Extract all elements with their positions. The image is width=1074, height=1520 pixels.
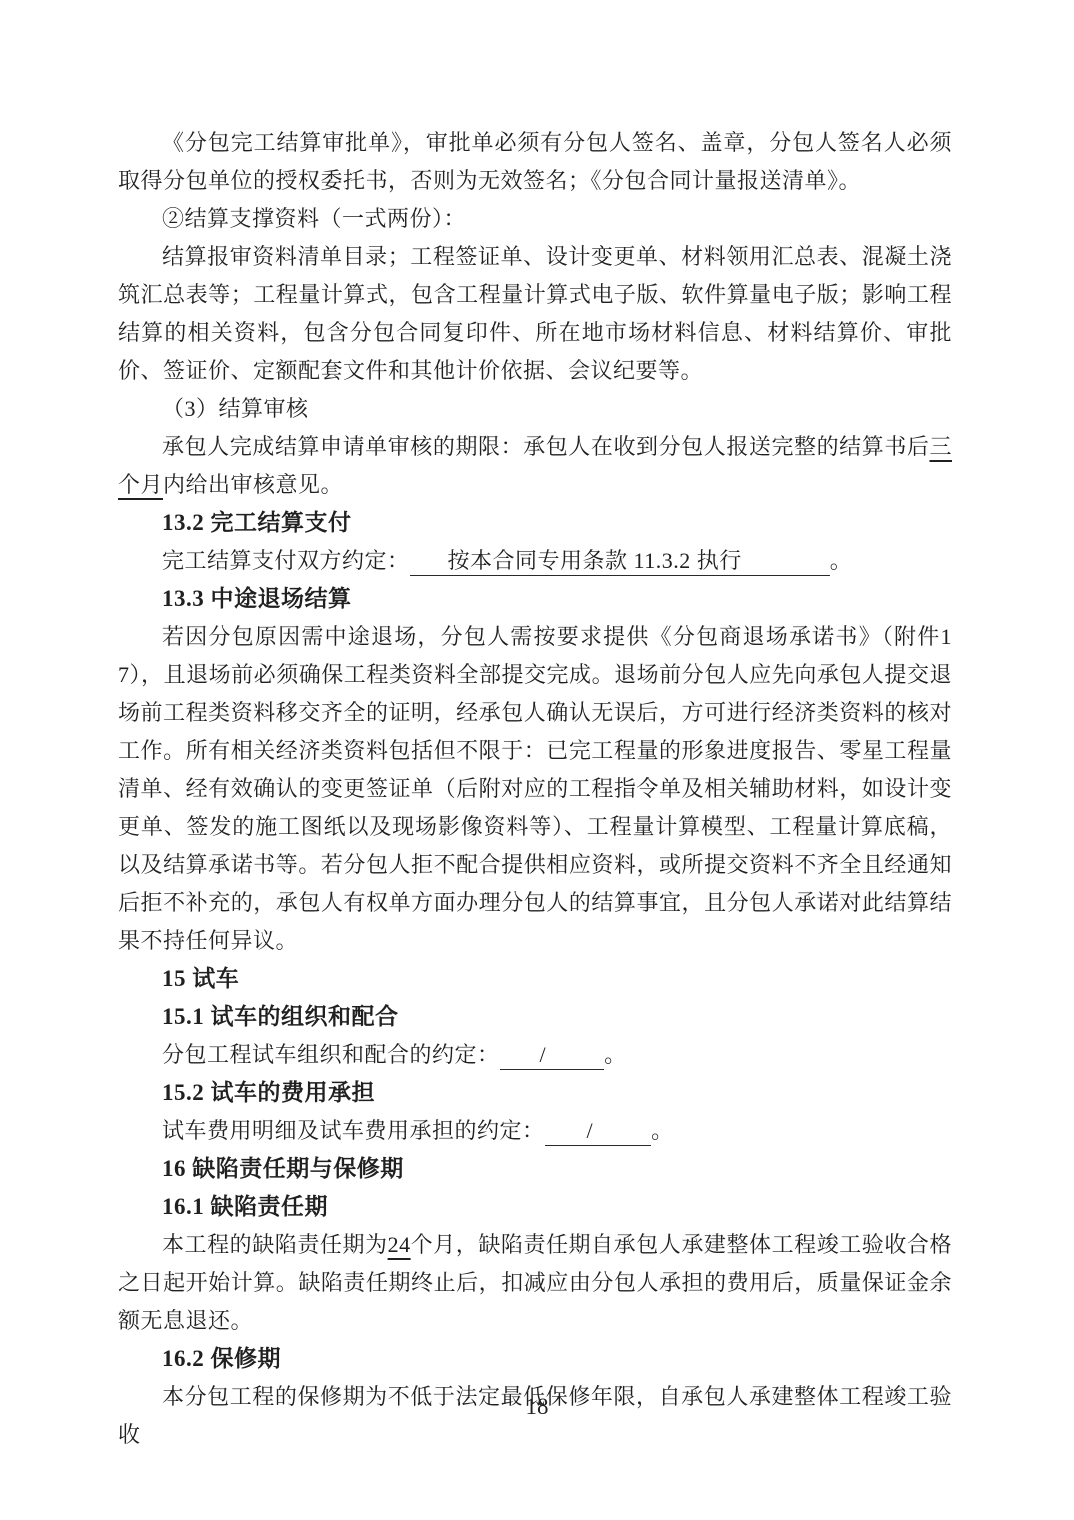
heading-13-3-midway-exit-settlement: 13.3 中途退场结算 <box>118 580 952 618</box>
fill-in-trial-organization: / <box>500 1042 605 1070</box>
fill-in-trial-cost: / <box>545 1118 652 1146</box>
heading-16-defect-liability-and-warranty: 16 缺陷责任期与保修期 <box>118 1150 952 1188</box>
heading-16-1-defect-liability-period: 16.1 缺陷责任期 <box>118 1188 952 1226</box>
para-settlement-approval-form: 《分包完工结算审批单》，审批单必须有分包人签名、盖章，分包人签名人必须取得分包单… <box>118 124 952 200</box>
underlined-defect-months: 24 <box>388 1232 411 1257</box>
fill-in-payment-terms: 按本合同专用条款 11.3.2 执行 <box>410 548 830 576</box>
para-payment-agreement: 完工结算支付双方约定：按本合同专用条款 11.3.2 执行。 <box>118 542 952 580</box>
heading-15-trial-run: 15 试车 <box>118 960 952 998</box>
text-run: 。 <box>651 1118 674 1143</box>
heading-16-2-warranty-period: 16.2 保修期 <box>118 1340 952 1378</box>
para-settlement-review-title: （3）结算审核 <box>118 390 952 428</box>
page-number: 18 <box>0 1392 1074 1422</box>
para-trial-run-cost: 试车费用明细及试车费用承担的约定：/。 <box>118 1112 952 1150</box>
text-run: 。 <box>830 548 853 573</box>
document-content: 《分包完工结算审批单》，审批单必须有分包人签名、盖章，分包人签名人必须取得分包单… <box>118 124 952 1454</box>
text-run: 内给出审核意见。 <box>163 472 343 497</box>
text-run: 承包人完成结算申请单审核的期限：承包人在收到分包人报送完整的结算书后 <box>162 434 929 459</box>
heading-13-2-completion-settlement-payment: 13.2 完工结算支付 <box>118 504 952 542</box>
para-trial-run-organization: 分包工程试车组织和配合的约定：/。 <box>118 1036 952 1074</box>
para-review-deadline: 承包人完成结算申请单审核的期限：承包人在收到分包人报送完整的结算书后三个月内给出… <box>118 428 952 504</box>
text-run: 本工程的缺陷责任期为 <box>162 1232 388 1257</box>
text-run: 分包工程试车组织和配合的约定： <box>162 1042 500 1067</box>
heading-15-2-trial-run-cost: 15.2 试车的费用承担 <box>118 1074 952 1112</box>
para-support-materials-list: 结算报审资料清单目录；工程签证单、设计变更单、材料领用汇总表、混凝土浇筑汇总表等… <box>118 238 952 390</box>
document-page: 《分包完工结算审批单》，审批单必须有分包人签名、盖章，分包人签名人必须取得分包单… <box>0 0 1074 1520</box>
text-run: 。 <box>604 1042 627 1067</box>
text-run: 试车费用明细及试车费用承担的约定： <box>162 1118 545 1143</box>
text-run: 完工结算支付双方约定： <box>162 548 410 573</box>
para-midway-exit-terms: 若因分包原因需中途退场，分包人需按要求提供《分包商退场承诺书》（附件17），且退… <box>118 618 952 960</box>
para-support-materials-label: ②结算支撑资料（一式两份）： <box>118 200 952 238</box>
para-defect-liability-period: 本工程的缺陷责任期为24个月，缺陷责任期自承包人承建整体工程竣工验收合格之日起开… <box>118 1226 952 1340</box>
heading-15-1-trial-run-organization: 15.1 试车的组织和配合 <box>118 998 952 1036</box>
